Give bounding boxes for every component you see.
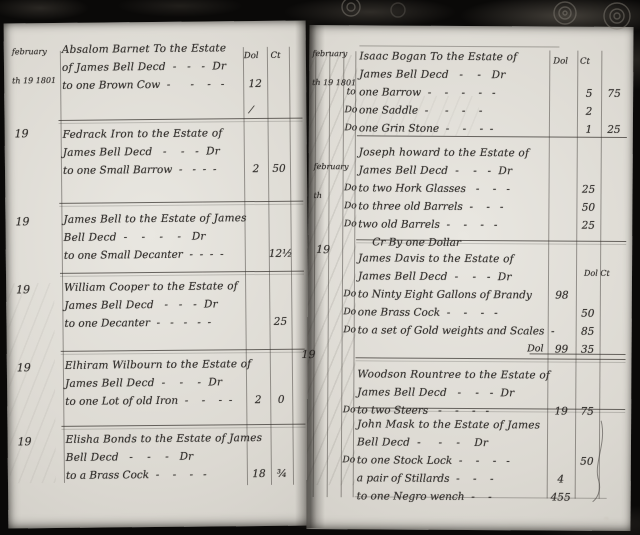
ditto-mark: Do: [342, 307, 358, 317]
rule-line: [59, 118, 303, 121]
margin-rule-line: [60, 51, 65, 483]
entry-header-line: James Bell Decd - - Dr: [359, 65, 627, 85]
ledger-item-row: Do to three old Barrels - - - 50: [342, 197, 626, 217]
item-text: to one Stock Lock - - - -: [357, 451, 547, 470]
entry-header-line: James Bell Decd - - - Dr: [65, 373, 303, 393]
item-text: to one Brown Cow - - - -: [62, 75, 243, 95]
item-text: to one Decanter - - - - -: [64, 313, 245, 333]
dollars-value: 4: [547, 473, 575, 485]
ledger-entry: Isaac Bogan To the Estate of James Bell …: [343, 47, 628, 139]
rule-line: [59, 201, 303, 204]
day-number: 19: [17, 361, 45, 374]
cents-value: 50: [576, 308, 600, 320]
dollars-value: 2: [577, 106, 601, 118]
item-text: to two Hork Glasses - - -: [358, 179, 548, 198]
cents-value: 12½: [269, 248, 291, 260]
cents-value: 25: [269, 316, 291, 328]
ditto-mark: Do: [342, 289, 358, 299]
item-text: to a Brass Cock - - - -: [66, 465, 247, 485]
entry-header-line: Bell Decd - - - - Dr: [64, 227, 302, 247]
day-number: 19: [18, 435, 46, 448]
dust-speck: [604, 517, 609, 520]
ledger-item-row: to one Decanter - - - - - 25: [64, 313, 302, 333]
ledger-entry: William Cooper to the Estate of James Be…: [64, 277, 303, 333]
entry-header-line: John Mask to the Estate of James: [357, 415, 625, 435]
cents-value: 25: [576, 220, 600, 232]
date-month: february: [12, 47, 56, 57]
item-text: a pair of Stillards - - -: [357, 469, 547, 488]
item-text: one Saddle - - - -: [359, 101, 549, 120]
cents-rule-line: [267, 47, 272, 485]
total-label: Dol: [358, 339, 548, 358]
entry-header-line: James Bell to the Estate of James: [63, 209, 301, 229]
ledger-item-row: Do one Brass Cock - - - - 50: [342, 303, 626, 323]
entry-header-line: James Bell Decd - - - Dr: [357, 383, 625, 403]
scanned-ledger-page: february th 19 1801 Dol Ct 19 19 19 19 1…: [0, 0, 640, 535]
ledger-item-row: Do to two Hork Glasses - - - 25: [342, 179, 626, 199]
ledger-item-row: Do one Grin Stone - - - - 1 25: [343, 119, 627, 139]
ledger-entry: Elhiram Wilbourn to the Estate of James …: [65, 355, 304, 411]
entry-header-line: Elisha Bonds to the Estate of James: [65, 429, 303, 449]
entry-header-line: of James Bell Decd - - - Dr: [62, 57, 300, 77]
entry-header-line: Bell Decd - - - Dr: [357, 433, 625, 453]
margin-rule-line: [327, 51, 331, 497]
entry-header-line: James Davis to the Estate of: [358, 249, 626, 269]
rule-line: [60, 271, 304, 274]
entry-header-line: Isaac Bogan To the Estate of: [359, 47, 627, 67]
entry-header-line: James Bell Decd - - - Dr: [63, 142, 301, 162]
entry-header-line: Fedrack Iron to the Estate of: [63, 124, 301, 144]
ditto-mark: Do: [342, 325, 358, 335]
ledger-entry: Joseph howard to the Estate of James Bel…: [342, 143, 627, 253]
cents-value: 75: [601, 88, 627, 100]
ledger-right-page: february th 19 1801 february th Dol Ct 1…: [306, 25, 633, 531]
dollars-value: 2: [244, 163, 268, 175]
rule-line: [61, 424, 305, 427]
ditto-mark: Do: [343, 123, 359, 133]
entry-header-line: Joseph howard to the Estate of: [359, 143, 627, 163]
ledger-entry: Absalom Barnet To the Estate of James Be…: [62, 39, 301, 95]
cents-value: ¾: [271, 468, 293, 480]
total-row: Dol 99 35: [342, 339, 626, 359]
total-cents: 35: [576, 344, 600, 356]
total-dollars: 99: [548, 343, 576, 355]
ledger-item-row: to one Negro wench - - 455: [341, 487, 625, 507]
entry-header-line: Absalom Barnet To the Estate: [62, 39, 300, 59]
entry-header-line: Woodson Rountree to the Estate of: [357, 365, 625, 385]
item-text: one Barrow - - - - -: [359, 83, 549, 102]
cents-value: 50: [576, 202, 600, 214]
ledger-item-row: a pair of Stillards - - - 4: [341, 469, 625, 489]
ledger-left-page: february th 19 1801 Dol Ct 19 19 19 19 1…: [4, 21, 311, 529]
entry-header-line: Elhiram Wilbourn to the Estate of: [65, 355, 303, 375]
ledger-entry: Elisha Bonds to the Estate of James Bell…: [65, 429, 304, 485]
day-number: 19: [316, 243, 344, 256]
cents-value: 85: [576, 326, 600, 338]
margin-rule-line: [313, 51, 317, 497]
dollar-rule-line: [243, 47, 248, 485]
entry-header-line: William Cooper to the Estate of: [64, 277, 302, 297]
edge-rule-line: [289, 47, 294, 485]
ditto-mark: Do: [342, 201, 358, 211]
ledger-entry: Woodson Rountree to the Estate of James …: [341, 365, 625, 421]
ledger-item-row: Do to a set of Gold weights and Scales -…: [342, 321, 626, 341]
dollars-value: 98: [548, 289, 576, 301]
ledger-item-row: Do two old Barrels - - - - 25: [342, 215, 626, 235]
entry-date: february th 19 1801: [12, 28, 57, 104]
day-number: 19: [16, 283, 44, 296]
item-text: to one Negro wench - -: [357, 487, 547, 506]
item-text: to three old Barrels - - -: [358, 197, 548, 216]
date-day-year: th 19 1801: [12, 75, 56, 85]
dollars-value: 455: [547, 491, 575, 503]
day-number: 19: [15, 127, 43, 140]
ledger-entry: James Bell to the Estate of James Bell D…: [63, 209, 302, 265]
entry-header-line: Bell Decd - - - Dr: [66, 447, 304, 467]
cents-value: 50: [268, 163, 290, 175]
ledger-entry: Fedrack Iron to the Estate of James Bell…: [63, 124, 302, 180]
item-text: to one Small Barrow - - - -: [63, 160, 244, 180]
rule-line: [61, 349, 305, 352]
cents-value: 0: [270, 394, 292, 406]
item-text: to Ninty Eight Gallons of Brandy: [358, 285, 548, 304]
ledger-item-row: Do one Saddle - - - - 2: [343, 101, 627, 121]
ledger-item-row: to one Barrow - - - - - 5 75: [343, 83, 627, 103]
ditto-mark: Do: [341, 405, 357, 415]
dollars-value: 12: [243, 78, 267, 90]
dollars-value: 2: [246, 394, 270, 406]
ledger-item-row: Do to Ninty Eight Gallons of Brandy 98: [342, 285, 626, 305]
ledger-item-row: to a Brass Cock - - - - 18 ¾: [66, 465, 304, 485]
item-text: to one Lot of old Iron - - - -: [65, 391, 246, 411]
cents-value: 25: [601, 124, 627, 136]
entry-header-line: James Bell Decd - - - Dr: [359, 161, 627, 181]
ledger-item-row: to one Small Decanter - - - - 12½: [64, 245, 302, 265]
stray-mark: ⁄: [250, 105, 252, 116]
ledger-item-row: to one Lot of old Iron - - - - 2 0: [65, 391, 303, 411]
ditto-mark: to: [343, 87, 359, 97]
dollars-value: 5: [577, 88, 601, 100]
ledger-item-row: Do to one Stock Lock - - - - 50: [341, 451, 625, 471]
item-text: to one Small Decanter - - - -: [64, 245, 245, 265]
ditto-mark: Do: [343, 105, 359, 115]
item-text: to a set of Gold weights and Scales -: [358, 321, 548, 340]
ledger-entry: John Mask to the Estate of James Bell De…: [341, 415, 626, 507]
cents-value: 50: [575, 456, 599, 468]
dollars-value: 18: [247, 468, 271, 480]
item-text: one Grin Stone - - - -: [359, 119, 549, 138]
ditto-mark: Do: [341, 455, 357, 465]
ledger-item-row: to one Brown Cow - - - - 12: [62, 75, 300, 95]
cents-value: 25: [577, 184, 601, 196]
ditto-mark: Do: [343, 183, 359, 193]
ditto-mark: Do: [342, 219, 358, 229]
ink-bleed-texture: [8, 283, 56, 483]
day-number: 19: [301, 348, 329, 361]
ledger-entry: James Davis to the Estate of James Bell …: [342, 249, 627, 359]
dollars-value: 1: [577, 124, 601, 136]
ledger-item-row: to one Small Barrow - - - - 2 50: [63, 160, 301, 180]
entry-header-line: James Bell Decd - - - Dr: [358, 267, 626, 287]
item-text: one Brass Cock - - - -: [358, 303, 548, 322]
entry-header-line: James Bell Decd - - - Dr: [64, 295, 302, 315]
item-text: two old Barrels - - - -: [358, 215, 548, 234]
day-number: 19: [15, 215, 43, 228]
